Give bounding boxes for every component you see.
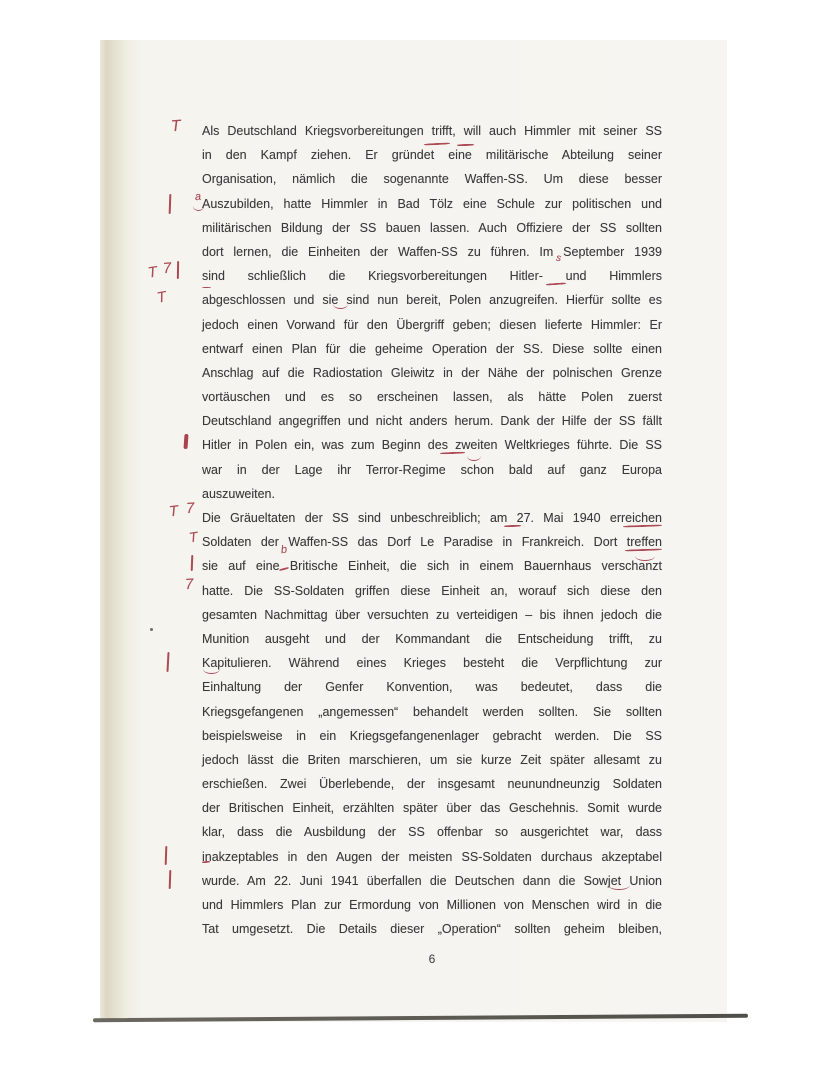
text-line: jedoch einen Vorwand für den Übergriff g… bbox=[202, 313, 662, 337]
text-line: gesamten Nachmittag über versuchten zu v… bbox=[202, 603, 662, 627]
text-line: Auszubilden, hatte Himmler in Bad Tölz e… bbox=[202, 192, 662, 216]
text-line: sind schließlich die Kriegsvorbereitunge… bbox=[202, 264, 662, 288]
text-line: militärischen Bildung der SS bauen lasse… bbox=[202, 216, 662, 240]
text-line: Die Gräueltaten der SS sind unbeschreibl… bbox=[202, 506, 662, 530]
page-number: 6 bbox=[202, 952, 662, 966]
text-line: vortäuschen und es so erscheinen lassen,… bbox=[202, 385, 662, 409]
text-line: jedoch lässt die Briten marschieren, um … bbox=[202, 748, 662, 772]
text-line: sie auf eine Britische Einheit, die sich… bbox=[202, 554, 662, 578]
text-line: Kriegsgefangenen „angemessen“ behandelt … bbox=[202, 700, 662, 724]
text-line: Kapitulieren. Während eines Krieges best… bbox=[202, 651, 662, 675]
text-line: wurde. Am 22. Juni 1941 überfallen die D… bbox=[202, 869, 662, 893]
text-line: Einhaltung der Genfer Konvention, was be… bbox=[202, 675, 662, 699]
text-line: Deutschland angegriffen und nicht anders… bbox=[202, 409, 662, 433]
text-line: war in der Lage ihr Terror-Regime schon … bbox=[202, 458, 662, 482]
text-line: der Britischen Einheit, erzählten später… bbox=[202, 796, 662, 820]
text-line: Soldaten der Waffen-SS das Dorf Le Parad… bbox=[202, 530, 662, 554]
text-line: Anschlag auf die Radiostation Gleiwitz i… bbox=[202, 361, 662, 385]
text-line: und Himmlers Plan zur Ermordung von Mill… bbox=[202, 893, 662, 917]
text-line: auszuweiten. bbox=[202, 482, 662, 506]
text-line: in den Kampf ziehen. Er gründet eine mil… bbox=[202, 143, 662, 167]
text-line: abgeschlossen und sie sind nun bereit, P… bbox=[202, 288, 662, 312]
text-line: Munition ausgeht und der Kommandant die … bbox=[202, 627, 662, 651]
text-line: Hitler in Polen ein, was zum Beginn des … bbox=[202, 433, 662, 457]
text-line: inakzeptables in den Augen der meisten S… bbox=[202, 845, 662, 869]
text-line: entwarf einen Plan für die geheime Opera… bbox=[202, 337, 662, 361]
text-line: beispielsweise in ein Kriegsgefangenenla… bbox=[202, 724, 662, 748]
text-line: erschießen. Zwei Überlebende, der insges… bbox=[202, 772, 662, 796]
text-block: Als Deutschland Kriegsvorbereitungen tri… bbox=[202, 119, 662, 941]
text-line: Tat umgesetzt. Die Details dieser „Opera… bbox=[202, 917, 662, 941]
text-line: Als Deutschland Kriegsvorbereitungen tri… bbox=[202, 119, 662, 143]
text-line: hatte. Die SS-Soldaten griffen diese Ein… bbox=[202, 579, 662, 603]
text-line: klar, dass die Ausbildung der SS offenba… bbox=[202, 820, 662, 844]
text-line: Organisation, nämlich die sogenannte Waf… bbox=[202, 167, 662, 191]
text-line: dort lernen, die Einheiten der Waffen-SS… bbox=[202, 240, 662, 264]
